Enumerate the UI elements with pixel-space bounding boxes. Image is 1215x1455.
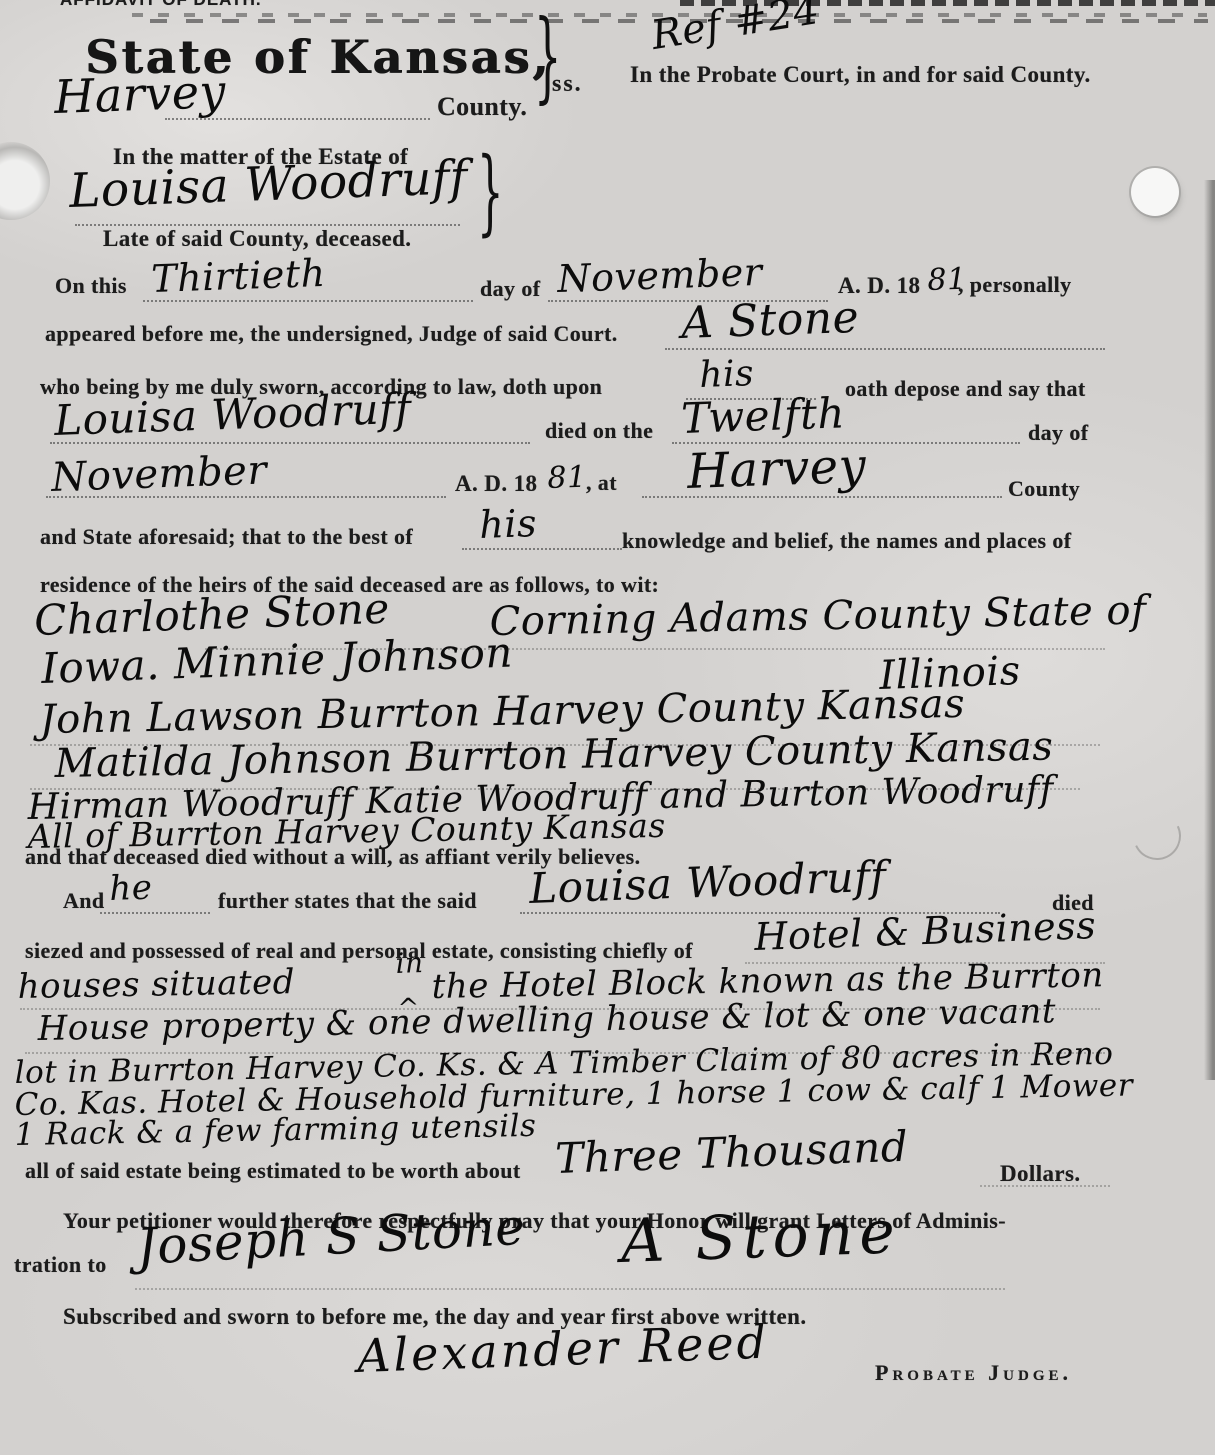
personally-label: , personally	[958, 274, 1072, 296]
worth-amount-written: Three Thousand	[555, 1126, 909, 1180]
oath-tail: oath depose and say that	[845, 378, 1086, 400]
sworn-day-written: Thirtieth	[151, 254, 327, 298]
decedent-name-2-line	[50, 442, 530, 444]
death-county-written: Harvey	[686, 442, 867, 496]
pronoun-3-written: he	[109, 871, 153, 906]
pronoun-3-line	[100, 912, 210, 914]
sworn-month-written: November	[557, 253, 763, 298]
at-label: , at	[586, 472, 617, 494]
day-of-2-label: day of	[1028, 422, 1088, 444]
decedent-name-3-written: Louisa Woodruff	[529, 856, 887, 910]
right-edge-shadow	[1204, 180, 1215, 1080]
aforesaid-line: and State aforesaid; that to the best of	[40, 526, 413, 548]
decedent-name-written: Louisa Woodruff	[68, 154, 468, 215]
affiant-name-line	[665, 348, 1105, 350]
probate-judge-title: Probate Judge.	[875, 1362, 1072, 1384]
seized-line: siezed and possessed of real and persona…	[25, 940, 693, 962]
day-of-label: day of	[480, 278, 540, 300]
appeared-line: appeared before me, the undersigned, Jud…	[45, 323, 618, 345]
estate-desc-line-1a: houses situated	[17, 965, 295, 1004]
judge-signature: Alexander Reed	[356, 1319, 769, 1379]
county-label: County.	[437, 94, 527, 120]
estate-lead-written: Hotel & Business	[754, 906, 1097, 956]
insert-word-written: in	[395, 949, 424, 978]
affidavit-document-page: AFFIDAVIT OF DEATH. Ref #24 State of Kan…	[0, 0, 1215, 1455]
decedent-name-2-written: Louisa Woodruff	[54, 388, 412, 442]
dollars-label: Dollars.	[1000, 1162, 1081, 1185]
estate-desc-line-5: 1 Rack & a few farming utensils	[14, 1111, 536, 1151]
pronoun-2-line	[462, 548, 622, 550]
county-blank-line	[165, 118, 430, 120]
died-on-the-label: died on the	[545, 420, 653, 442]
death-day-written: Twelfth	[681, 392, 846, 440]
death-month-written: November	[51, 450, 268, 498]
masthead-title: AFFIDAVIT OF DEATH.	[60, 0, 262, 8]
tration-to-label: tration to	[14, 1254, 107, 1276]
estate-brace: }	[477, 148, 504, 240]
heir-line-1-right: Corning Adams County State of	[489, 591, 1146, 642]
hole-punch-left	[0, 142, 50, 220]
petitioner-signature: A Stone	[620, 1202, 902, 1272]
signature-rule	[135, 1288, 1005, 1290]
death-month-line	[46, 496, 446, 498]
affiant-name-written: A Stone	[680, 296, 859, 346]
on-this-label: On this	[55, 275, 127, 297]
knowledge-tail: knowledge and belief, the names and plac…	[622, 530, 1071, 552]
hole-punch-right-top	[1131, 168, 1179, 216]
probate-court-line: In the Probate Court, in and for said Co…	[630, 63, 1091, 86]
county-label-2: County	[1008, 478, 1080, 500]
hole-punch-right-middle	[1126, 805, 1188, 867]
worth-line: all of said estate being estimated to be…	[25, 1160, 521, 1182]
pronoun-1-written: his	[699, 356, 755, 394]
ss-label: ss.	[552, 72, 583, 96]
ad-prefix-2: A. D. 18	[455, 472, 537, 495]
late-of-county-line: Late of said County, deceased.	[103, 227, 411, 250]
county-name-written: Harvey	[53, 68, 226, 120]
states-line: further states that the said	[218, 890, 477, 912]
and-label: And	[63, 890, 105, 912]
sworn-day-line	[143, 300, 473, 302]
death-year-written: 81	[547, 463, 587, 494]
death-county-line	[642, 496, 1002, 498]
handwritten-annotation: Ref #24	[649, 0, 822, 56]
pronoun-2-written: his	[479, 504, 538, 544]
